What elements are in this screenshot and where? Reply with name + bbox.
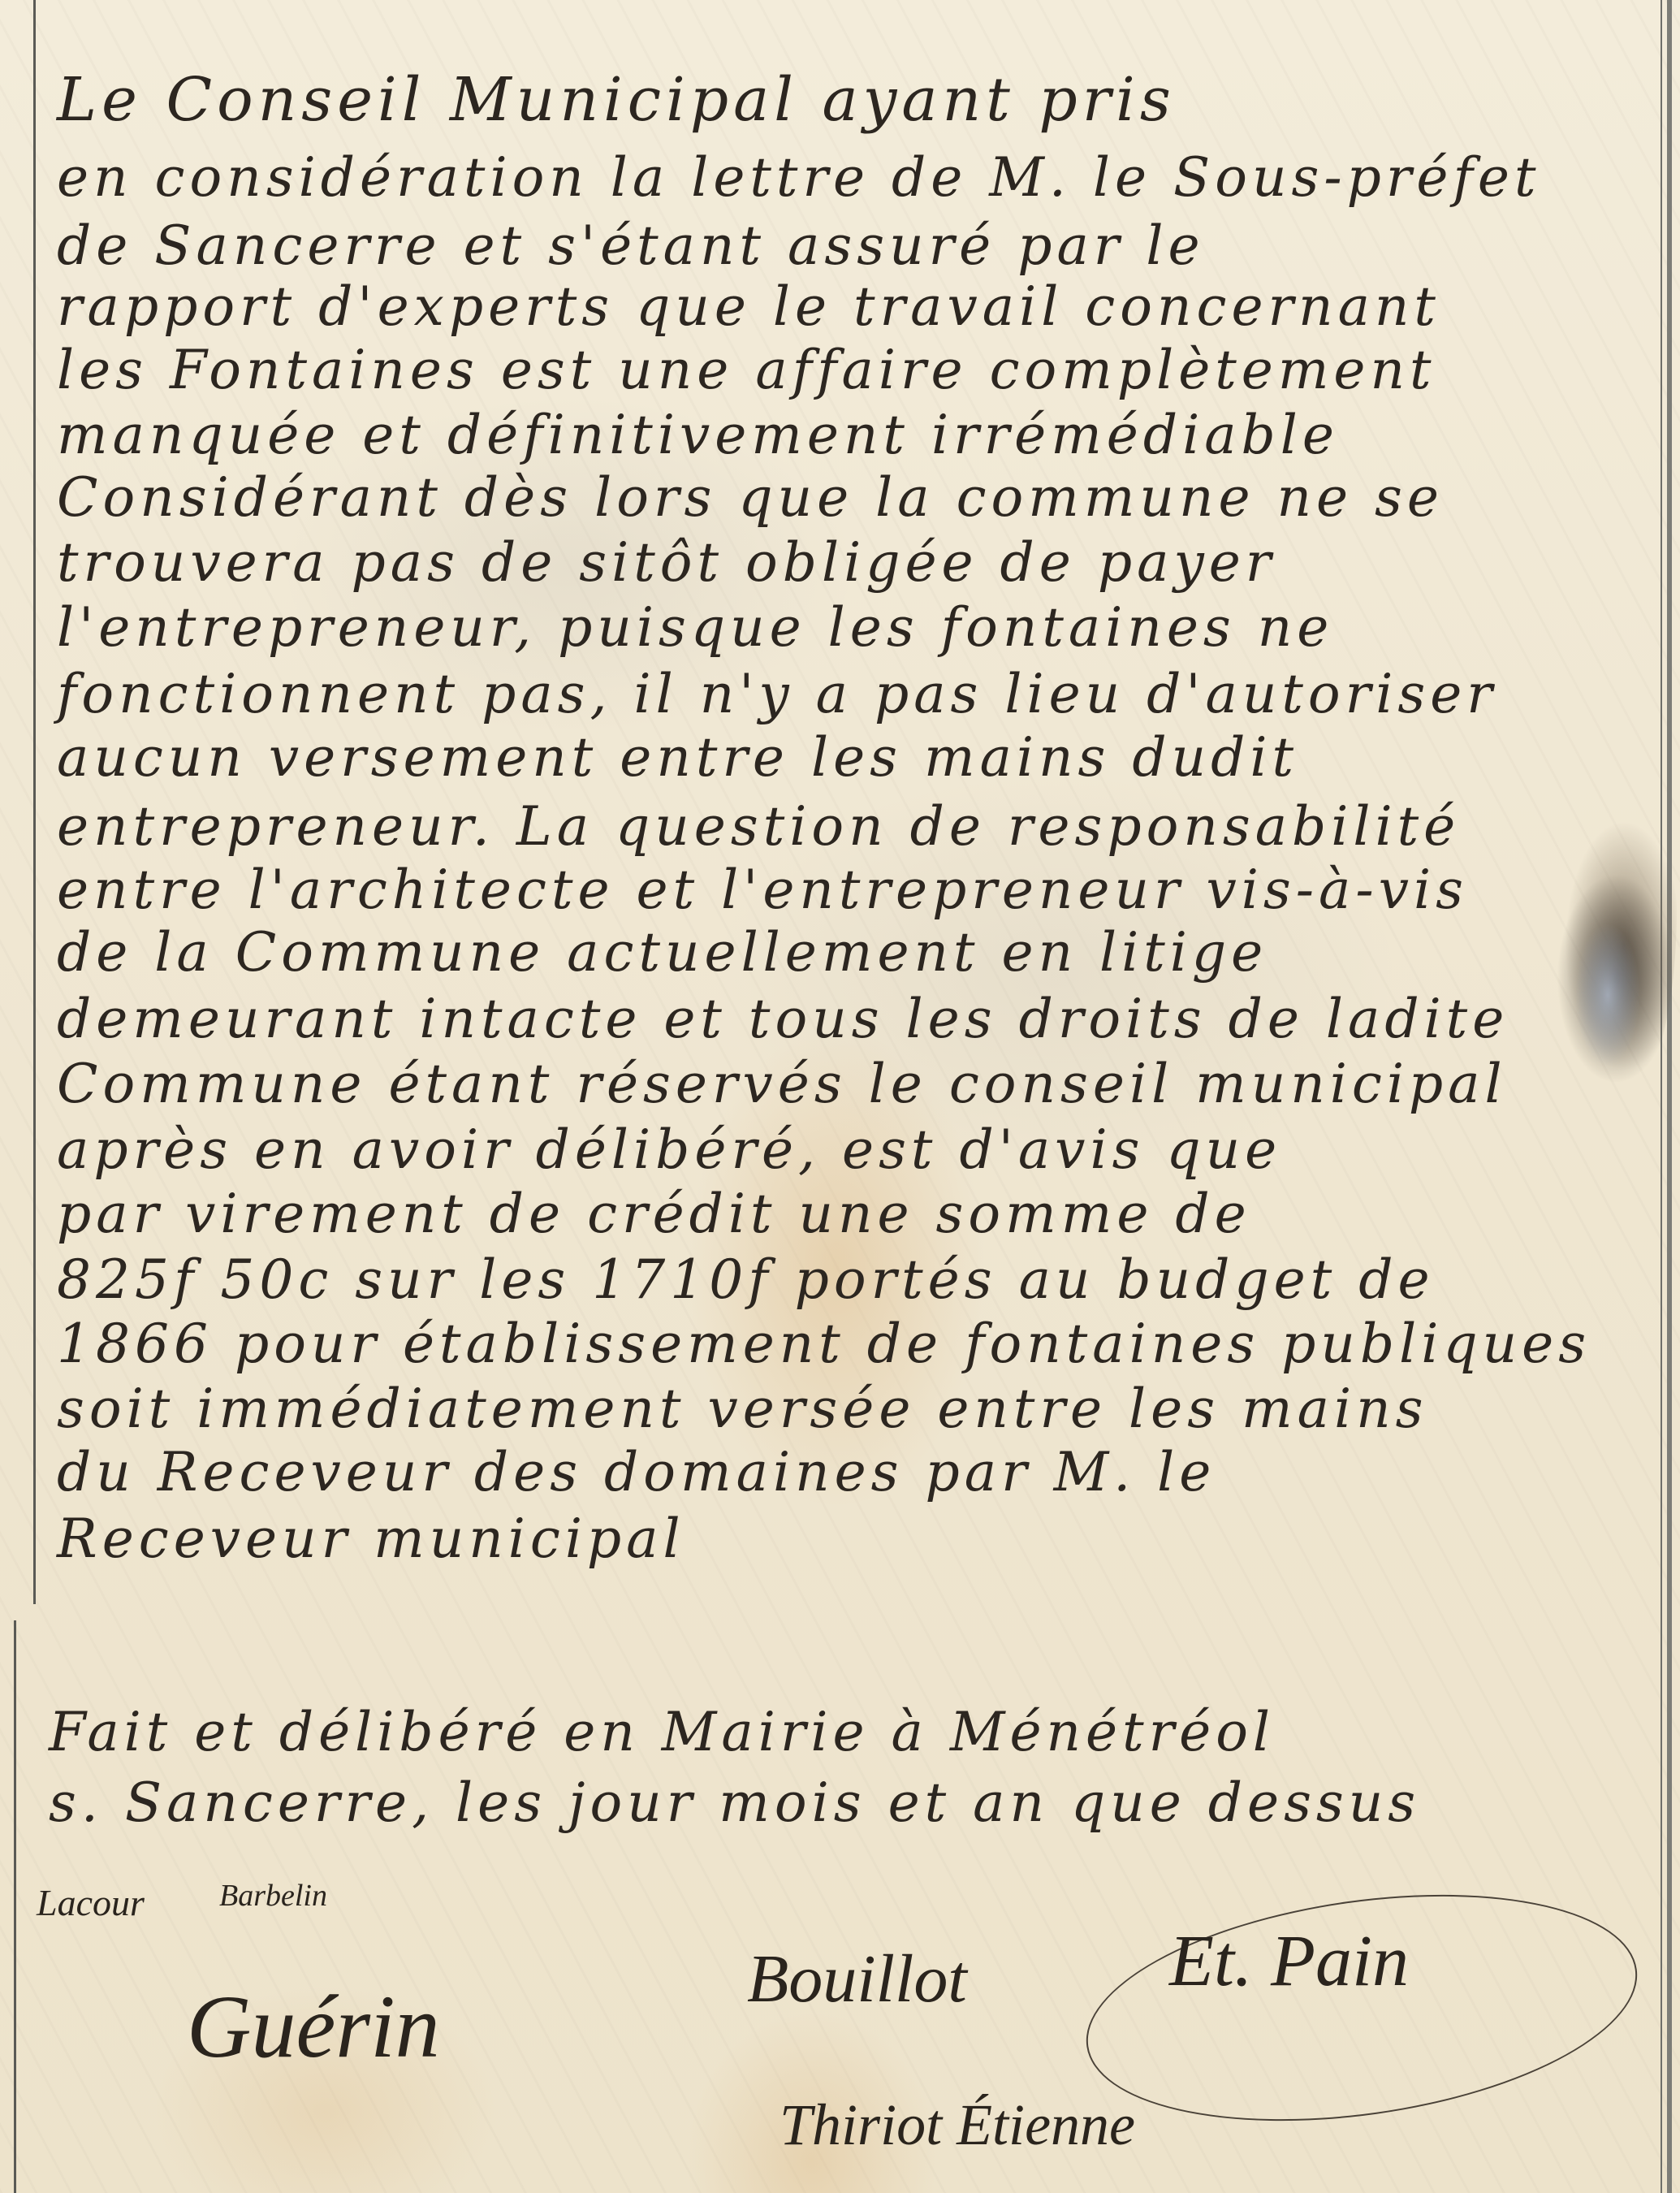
text-line: de Sancerre et s'étant assuré par le xyxy=(57,219,1205,273)
text-line: par virement de crédit une somme de xyxy=(57,1187,1251,1241)
left-margin-rule xyxy=(33,0,36,1604)
text-line: Considérant dès lors que la commune ne s… xyxy=(57,471,1444,525)
text-line: du Receveur des domaines par M. le xyxy=(57,1446,1216,1499)
signature-barbelin: Barbelin xyxy=(219,1880,327,1911)
text-line: trouvera pas de sitôt obligée de payer xyxy=(57,536,1276,590)
text-line: aucun versement entre les mains dudit xyxy=(57,731,1298,785)
ink-blot-stain xyxy=(1539,808,1677,1101)
text-line: en considération la lettre de M. le Sous… xyxy=(57,151,1541,205)
text-line: Receveur municipal xyxy=(57,1512,685,1566)
signature-flourish-ellipse xyxy=(1072,1863,1652,2153)
right-margin-rule-thick xyxy=(1667,0,1672,2193)
text-line: manquée et définitivement irrémédiable xyxy=(57,409,1339,462)
signature-et-pain: Et. Pain xyxy=(1169,1925,1409,1998)
text-line: de la Commune actuellement en litige xyxy=(57,926,1268,980)
text-line: les Fontaines est une affaire complèteme… xyxy=(57,344,1436,397)
text-line: 825f 50c sur les 1710f portés au budget … xyxy=(57,1253,1435,1307)
signature-thiriot-etienne: Thiriot Étienne xyxy=(780,2096,1135,2154)
text-line: l'entrepreneur, puisque les fontaines ne xyxy=(57,601,1333,655)
text-line: rapport d'experts que le travail concern… xyxy=(57,280,1440,334)
text-line: entrepreneur. La question de responsabil… xyxy=(57,800,1460,854)
signature-lacour: Lacour xyxy=(37,1884,145,1922)
left-margin-rule-lower xyxy=(14,1620,16,2193)
text-line: fonctionnent pas, il n'y a pas lieu d'au… xyxy=(57,668,1497,721)
signature-guerin: Guérin xyxy=(187,1982,440,2071)
text-line: demeurant intacte et tous les droits de … xyxy=(57,993,1509,1046)
text-line: Commune étant réservés le conseil munici… xyxy=(57,1058,1507,1111)
text-line: entre l'architecte et l'entrepreneur vis… xyxy=(57,863,1468,917)
closing-line: Fait et délibéré en Mairie à Ménétréol xyxy=(49,1706,1275,1759)
text-line: 1866 pour établissement de fontaines pub… xyxy=(57,1317,1591,1371)
closing-line: s. Sancerre, les jour mois et an que des… xyxy=(49,1776,1420,1830)
signature-bouillot: Bouillot xyxy=(747,1945,967,2013)
text-line: Le Conseil Municipal ayant pris xyxy=(57,70,1176,130)
document-page: Le Conseil Municipal ayant pris en consi… xyxy=(0,0,1680,2193)
right-margin-rule-thin xyxy=(1661,0,1662,2193)
text-line: après en avoir délibéré, est d'avis que xyxy=(57,1123,1281,1177)
text-line: soit immédiatement versée entre les main… xyxy=(57,1382,1427,1436)
